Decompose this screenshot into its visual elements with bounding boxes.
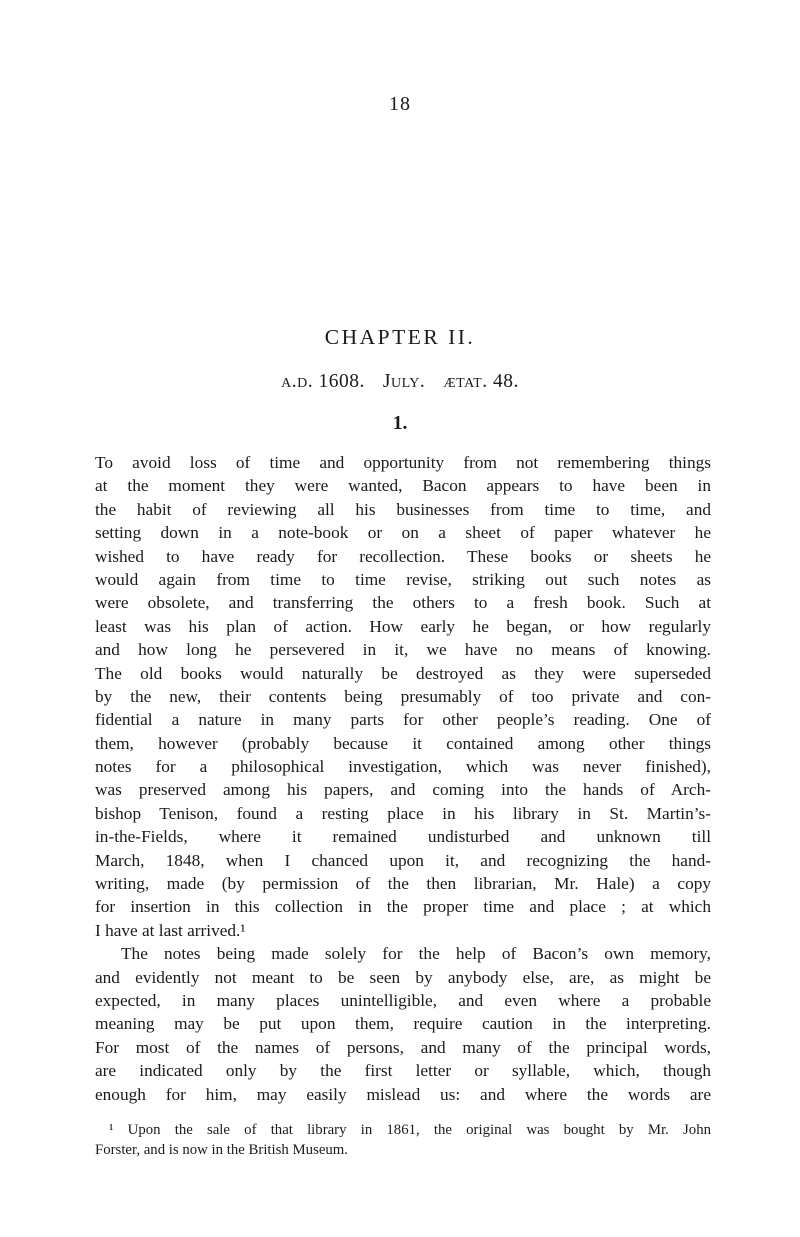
body-line: To avoid loss of time and opportunity fr… xyxy=(95,451,711,474)
body-line: at the moment they were wanted, Bacon ap… xyxy=(95,474,711,497)
body-line: least was his plan of action. How early … xyxy=(95,615,711,638)
footnote-line: Forster, and is now in the British Museu… xyxy=(95,1141,711,1161)
body-line: was preserved among his papers, and comi… xyxy=(95,778,711,801)
body-line: by the new, their contents being presuma… xyxy=(95,685,711,708)
body-line: in-the-Fields, where it remained undistu… xyxy=(95,825,711,848)
body-line: setting down in a note-book or on a shee… xyxy=(95,521,711,544)
body-line: enough for him, may easily mislead us: a… xyxy=(95,1083,711,1106)
body-line: meaning may be put upon them, require ca… xyxy=(95,1012,711,1035)
body-line: the habit of reviewing all his businesse… xyxy=(95,498,711,521)
chapter-dateline: a.d. 1608.July.ætat. 48. xyxy=(0,371,800,393)
body-text: To avoid loss of time and opportunity fr… xyxy=(95,451,711,1106)
book-page: 18 CHAPTER II. a.d. 1608.July.ætat. 48. … xyxy=(0,0,800,1237)
body-line: bishop Tenison, found a resting place in… xyxy=(95,802,711,825)
body-line: The notes being made solely for the help… xyxy=(95,942,711,965)
body-line: writing, made (by permission of the then… xyxy=(95,872,711,895)
dateline-aetat: ætat. 48. xyxy=(443,371,519,392)
body-line: The old books would naturally be destroy… xyxy=(95,662,711,685)
body-line: would again from time to time revise, st… xyxy=(95,568,711,591)
dateline-year: a.d. 1608. xyxy=(281,371,365,392)
body-line: March, 1848, when I chanced upon it, and… xyxy=(95,849,711,872)
body-line: were obsolete, and transferring the othe… xyxy=(95,591,711,614)
footnote: ¹ Upon the sale of that library in 1861,… xyxy=(95,1121,711,1160)
chapter-heading: CHAPTER II. xyxy=(0,325,800,350)
body-line: I have at last arrived.¹ xyxy=(95,919,711,942)
body-line: and how long he persevered in it, we hav… xyxy=(95,638,711,661)
body-line: fidential a nature in many parts for oth… xyxy=(95,708,711,731)
body-line: and evidently not meant to be seen by an… xyxy=(95,966,711,989)
body-line: For most of the names of persons, and ma… xyxy=(95,1036,711,1059)
footnote-line: ¹ Upon the sale of that library in 1861,… xyxy=(95,1121,711,1141)
page-number: 18 xyxy=(0,93,800,116)
body-line: are indicated only by the first letter o… xyxy=(95,1059,711,1082)
body-line: expected, in many places unintelligible,… xyxy=(95,989,711,1012)
body-line: them, however (probably because it conta… xyxy=(95,732,711,755)
dateline-month: July. xyxy=(383,371,425,392)
section-number: 1. xyxy=(0,413,800,435)
paragraph-2: The notes being made solely for the help… xyxy=(95,942,711,1106)
body-line: wished to have ready for recollection. T… xyxy=(95,545,711,568)
body-line: notes for a philosophical investigation,… xyxy=(95,755,711,778)
paragraph-1: To avoid loss of time and opportunity fr… xyxy=(95,451,711,942)
body-line: for insertion in this collection in the … xyxy=(95,895,711,918)
